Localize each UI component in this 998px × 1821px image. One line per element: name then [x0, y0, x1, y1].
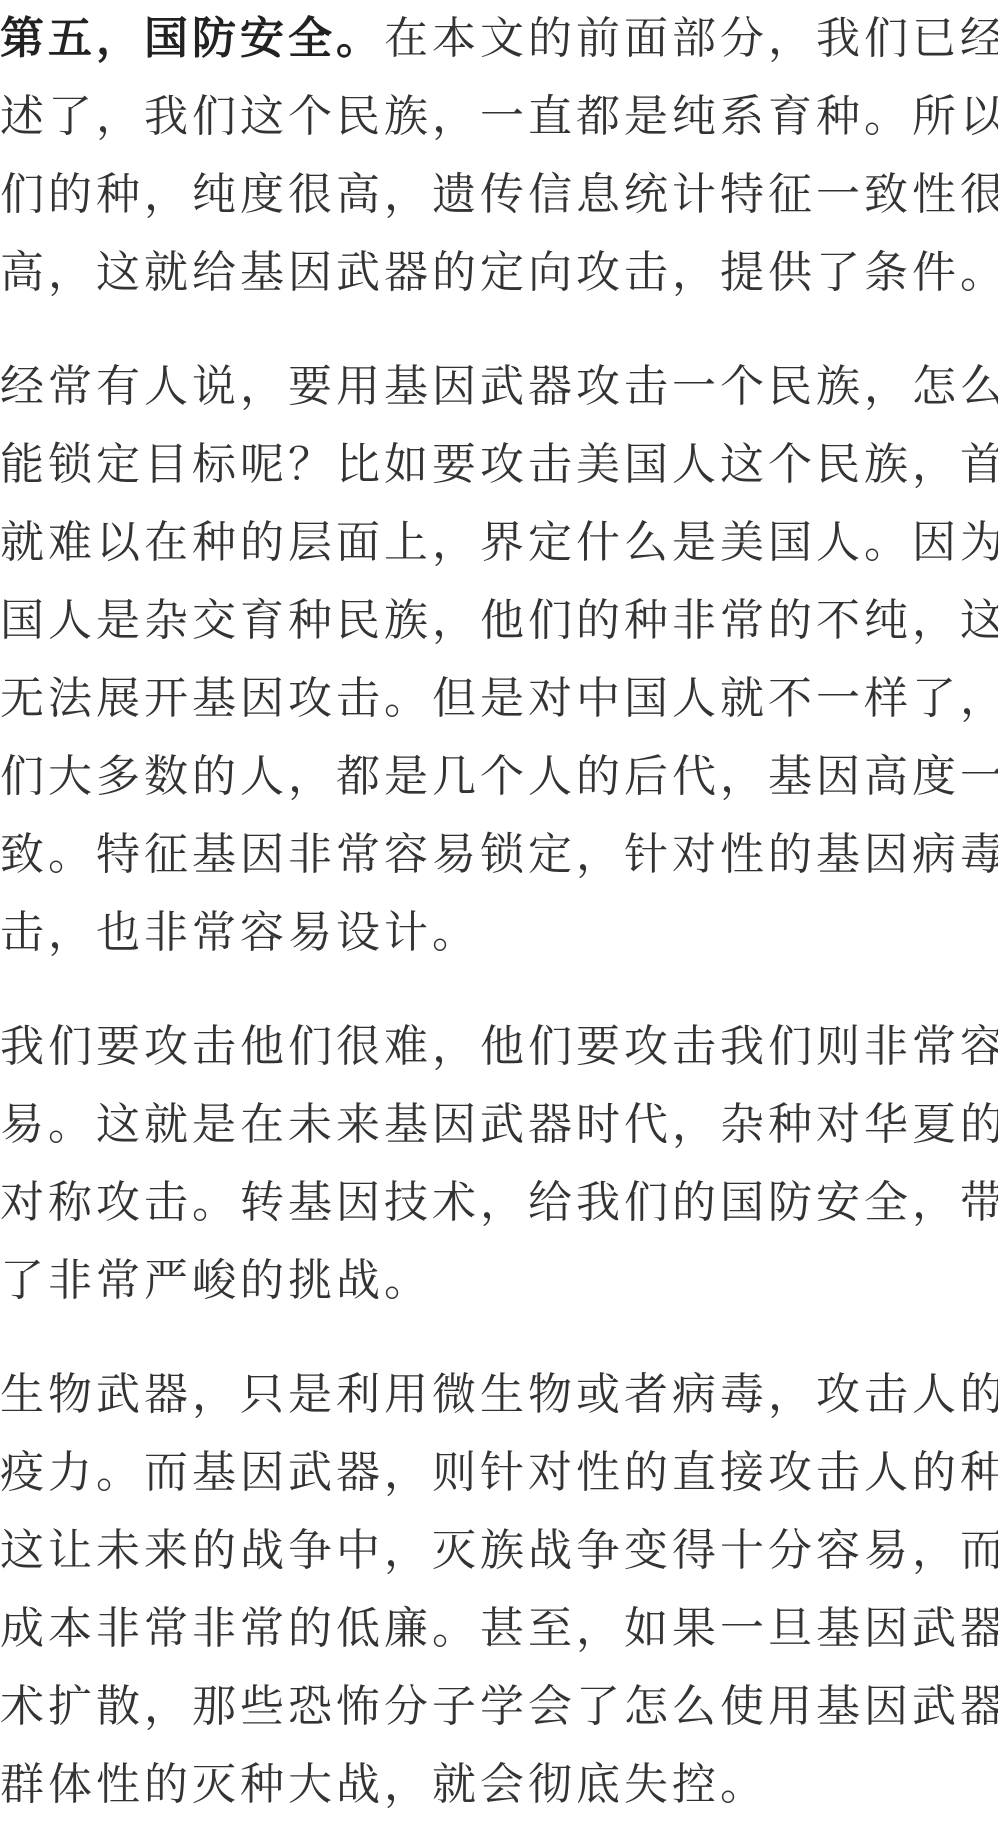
text-line: 就难以在种的层面上，界定什么是美国人。因为美 [0, 504, 998, 582]
text-line: 国人是杂交育种民族，他们的种非常的不纯，这就 [0, 582, 998, 660]
text-line: 们的种，纯度很高，遗传信息统计特征一致性很 [0, 156, 998, 234]
paragraph-4: 生物武器，只是利用微生物或者病毒，攻击人的免 疫力。而基因武器，则针对性的直接攻… [0, 1356, 998, 1821]
text-line: 第五，国防安全。在本文的前面部分，我们已经阐 [0, 0, 998, 78]
text-line: 了非常严峻的挑战。 [0, 1242, 998, 1320]
text-line: 这让未来的战争中，灭族战争变得十分容易，而且 [0, 1512, 998, 1590]
text-line: 生物武器，只是利用微生物或者病毒，攻击人的免 [0, 1356, 998, 1434]
paragraph-2: 经常有人说，要用基因武器攻击一个民族，怎么才 能锁定目标呢？比如要攻击美国人这个… [0, 348, 998, 972]
text-line: 术扩散，那些恐怖分子学会了怎么使用基因武器， [0, 1668, 998, 1746]
section-heading: 第五，国防安全。 [0, 13, 384, 64]
text-line: 述了，我们这个民族，一直都是纯系育种。所以我 [0, 78, 998, 156]
text-line: 对称攻击。转基因技术，给我们的国防安全，带来 [0, 1164, 998, 1242]
text-line: 我们要攻击他们很难，他们要攻击我们则非常容 [0, 1008, 998, 1086]
article-body: 第五，国防安全。在本文的前面部分，我们已经阐 述了，我们这个民族，一直都是纯系育… [0, 0, 998, 1821]
text-line: 无法展开基因攻击。但是对中国人就不一样了，我 [0, 660, 998, 738]
text-line: 致。特征基因非常容易锁定，针对性的基因病毒攻 [0, 816, 998, 894]
text-line: 高，这就给基因武器的定向攻击，提供了条件。 [0, 234, 998, 312]
text-line: 们大多数的人，都是几个人的后代，基因高度一 [0, 738, 998, 816]
text-line: 易。这就是在未来基因武器时代，杂种对华夏的不 [0, 1086, 998, 1164]
paragraph-3: 我们要攻击他们很难，他们要攻击我们则非常容 易。这就是在未来基因武器时代，杂种对… [0, 1008, 998, 1320]
text-line: 能锁定目标呢？比如要攻击美国人这个民族，首先 [0, 426, 998, 504]
text-line: 击，也非常容易设计。 [0, 894, 998, 972]
paragraph-1: 第五，国防安全。在本文的前面部分，我们已经阐 述了，我们这个民族，一直都是纯系育… [0, 0, 998, 312]
text-line: 经常有人说，要用基因武器攻击一个民族，怎么才 [0, 348, 998, 426]
text-line: 成本非常非常的低廉。甚至，如果一旦基因武器技 [0, 1590, 998, 1668]
text-line: 疫力。而基因武器，则针对性的直接攻击人的种。 [0, 1434, 998, 1512]
text-line: 群体性的灭种大战，就会彻底失控。 [0, 1746, 998, 1821]
